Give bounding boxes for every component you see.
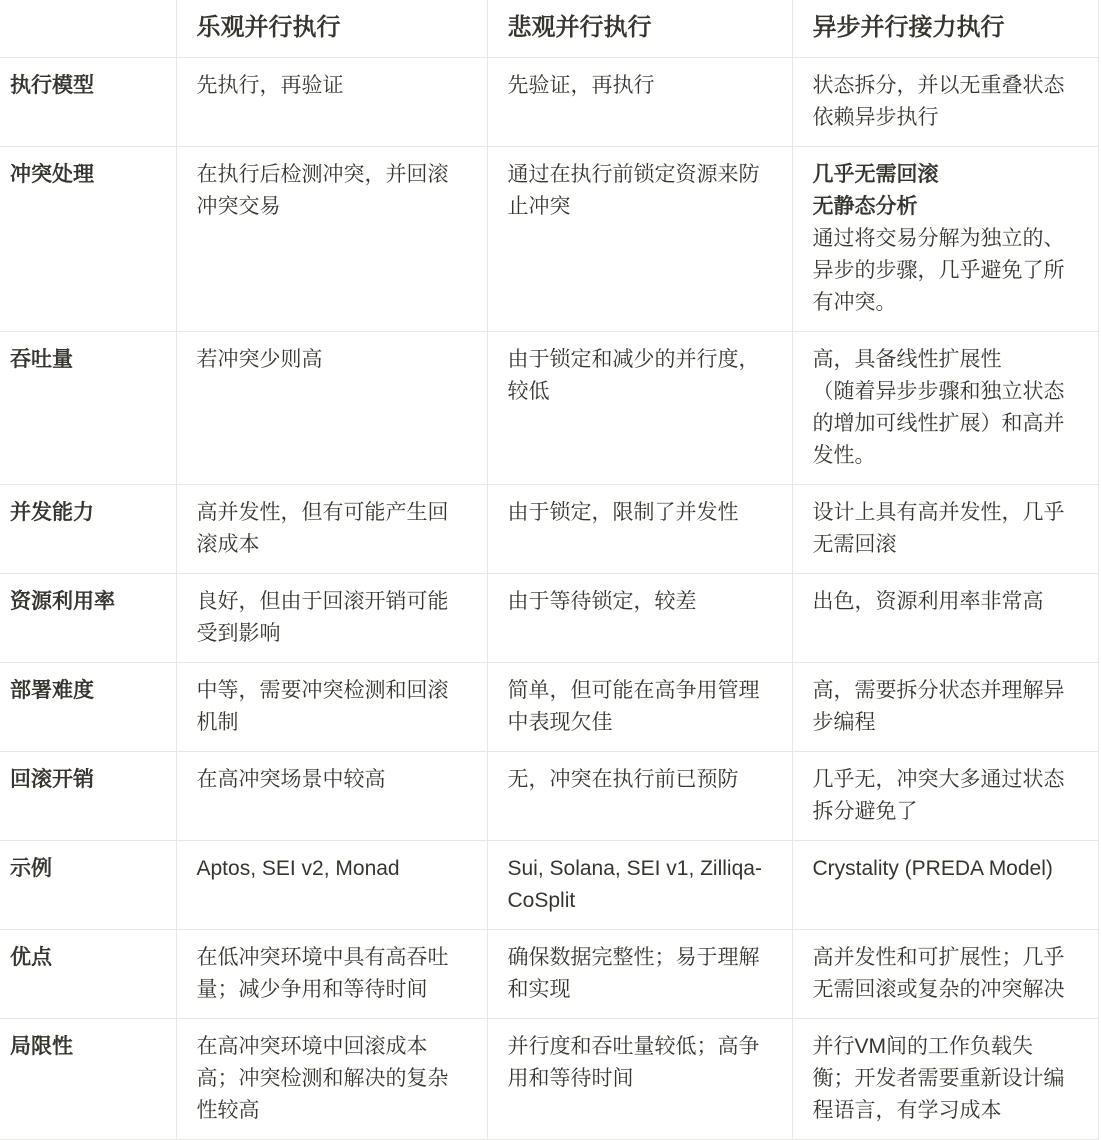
column-header: 异步并行接力执行 [792, 0, 1098, 58]
table-cell: 无，冲突在执行前已预防 [487, 752, 792, 841]
cell-paragraph: 状态拆分，并以无重叠状态依赖异步执行 [813, 70, 1074, 134]
cell-paragraph: 良好，但由于回滚开销可能受到影响 [197, 586, 463, 650]
table-cell: 出色，资源利用率非常高 [792, 574, 1098, 663]
cell-paragraph: （随着异步步骤和独立状态的增加可线性扩展）和高并发性。 [813, 376, 1074, 472]
table-cell: 确保数据完整性；易于理解和实现 [487, 930, 792, 1019]
row-label: 并发能力 [0, 485, 176, 574]
cell-paragraph: 通过将交易分解为独立的、异步的步骤，几乎避免了所有冲突。 [813, 223, 1074, 319]
table-row: 优点在低冲突环境中具有高吞吐量；减少争用和等待时间确保数据完整性；易于理解和实现… [0, 930, 1098, 1019]
cell-paragraph: 并行VM间的工作负载失衡；开发者需要重新设计编程语言，有学习成本 [813, 1031, 1074, 1127]
column-header: 悲观并行执行 [487, 0, 792, 58]
table-cell: 由于锁定和减少的并行度，较低 [487, 332, 792, 485]
table-cell: 在低冲突环境中具有高吞吐量；减少争用和等待时间 [176, 930, 487, 1019]
table-cell: Aptos, SEI v2, Monad [176, 841, 487, 930]
cell-paragraph: 几乎无，冲突大多通过状态拆分避免了 [813, 764, 1074, 828]
table-cell: 在高冲突环境中回滚成本高；冲突检测和解决的复杂性较高 [176, 1019, 487, 1140]
row-label: 资源利用率 [0, 574, 176, 663]
cell-paragraph: 中等，需要冲突检测和回滚机制 [197, 675, 463, 739]
cell-paragraph: 通过在执行前锁定资源来防止冲突 [508, 159, 768, 223]
table-body: 执行模型先执行，再验证先验证，再执行状态拆分，并以无重叠状态依赖异步执行冲突处理… [0, 58, 1098, 1140]
header-row: 乐观并行执行悲观并行执行异步并行接力执行 [0, 0, 1098, 58]
table-cell: 高，需要拆分状态并理解异步编程 [792, 663, 1098, 752]
table-cell: 中等，需要冲突检测和回滚机制 [176, 663, 487, 752]
table-header: 乐观并行执行悲观并行执行异步并行接力执行 [0, 0, 1098, 58]
cell-paragraph-bold: 几乎无需回滚 [813, 159, 1074, 191]
table-cell: 状态拆分，并以无重叠状态依赖异步执行 [792, 58, 1098, 147]
cell-paragraph: 高，需要拆分状态并理解异步编程 [813, 675, 1074, 739]
table-row: 回滚开销在高冲突场景中较高无，冲突在执行前已预防几乎无，冲突大多通过状态拆分避免… [0, 752, 1098, 841]
table-cell: 几乎无需回滚无静态分析通过将交易分解为独立的、异步的步骤，几乎避免了所有冲突。 [792, 147, 1098, 332]
cell-paragraph: 由于锁定，限制了并发性 [508, 497, 768, 529]
cell-paragraph: 在高冲突场景中较高 [197, 764, 463, 796]
parallel-execution-comparison-table: 乐观并行执行悲观并行执行异步并行接力执行 执行模型先执行，再验证先验证，再执行状… [0, 0, 1099, 1140]
row-label: 吞吐量 [0, 332, 176, 485]
table-cell: 简单，但可能在高争用管理中表现欠佳 [487, 663, 792, 752]
table-cell: 通过在执行前锁定资源来防止冲突 [487, 147, 792, 332]
table-cell: 在执行后检测冲突，并回滚冲突交易 [176, 147, 487, 332]
table-cell: 并行VM间的工作负载失衡；开发者需要重新设计编程语言，有学习成本 [792, 1019, 1098, 1140]
table-cell: 由于等待锁定，较差 [487, 574, 792, 663]
cell-paragraph: 出色，资源利用率非常高 [813, 586, 1074, 618]
table-cell: 高，具备线性扩展性（随着异步步骤和独立状态的增加可线性扩展）和高并发性。 [792, 332, 1098, 485]
document-page: 乐观并行执行悲观并行执行异步并行接力执行 执行模型先执行，再验证先验证，再执行状… [0, 0, 1102, 1140]
table-cell: 先验证，再执行 [487, 58, 792, 147]
cell-paragraph: 高并发性和可扩展性；几乎无需回滚或复杂的冲突解决 [813, 942, 1074, 1006]
table-row: 并发能力高并发性，但有可能产生回滚成本由于锁定，限制了并发性设计上具有高并发性，… [0, 485, 1098, 574]
table-cell: Sui, Solana, SEI v1, Zilliqa-CoSplit [487, 841, 792, 930]
table-cell: 若冲突少则高 [176, 332, 487, 485]
cell-paragraph: 设计上具有高并发性，几乎无需回滚 [813, 497, 1074, 561]
table-row: 局限性在高冲突环境中回滚成本高；冲突检测和解决的复杂性较高并行度和吞吐量较低；高… [0, 1019, 1098, 1140]
table-cell: 良好，但由于回滚开销可能受到影响 [176, 574, 487, 663]
table-cell: 高并发性，但有可能产生回滚成本 [176, 485, 487, 574]
table-cell: 高并发性和可扩展性；几乎无需回滚或复杂的冲突解决 [792, 930, 1098, 1019]
cell-paragraph: Aptos, SEI v2, Monad [197, 853, 463, 885]
corner-cell [0, 0, 176, 58]
cell-paragraph: 并行度和吞吐量较低；高争用和等待时间 [508, 1031, 768, 1095]
cell-paragraph: 在低冲突环境中具有高吞吐量；减少争用和等待时间 [197, 942, 463, 1006]
cell-paragraph: 在高冲突环境中回滚成本高；冲突检测和解决的复杂性较高 [197, 1031, 463, 1127]
table-cell: 在高冲突场景中较高 [176, 752, 487, 841]
row-label: 示例 [0, 841, 176, 930]
table-row: 部署难度中等，需要冲突检测和回滚机制简单，但可能在高争用管理中表现欠佳高，需要拆… [0, 663, 1098, 752]
row-label: 局限性 [0, 1019, 176, 1140]
cell-paragraph: Crystality (PREDA Model) [813, 853, 1074, 885]
row-label: 冲突处理 [0, 147, 176, 332]
table-cell: 设计上具有高并发性，几乎无需回滚 [792, 485, 1098, 574]
cell-paragraph: Sui, Solana, SEI v1, Zilliqa-CoSplit [508, 853, 768, 917]
cell-paragraph: 确保数据完整性；易于理解和实现 [508, 942, 768, 1006]
table-cell: Crystality (PREDA Model) [792, 841, 1098, 930]
row-label: 回滚开销 [0, 752, 176, 841]
cell-paragraph: 由于锁定和减少的并行度，较低 [508, 344, 768, 408]
table-row: 资源利用率良好，但由于回滚开销可能受到影响由于等待锁定，较差出色，资源利用率非常… [0, 574, 1098, 663]
table-cell: 由于锁定，限制了并发性 [487, 485, 792, 574]
table-row: 示例Aptos, SEI v2, MonadSui, Solana, SEI v… [0, 841, 1098, 930]
cell-paragraph: 在执行后检测冲突，并回滚冲突交易 [197, 159, 463, 223]
cell-paragraph: 先验证，再执行 [508, 70, 768, 102]
cell-paragraph: 高并发性，但有可能产生回滚成本 [197, 497, 463, 561]
table-row: 吞吐量若冲突少则高由于锁定和减少的并行度，较低高，具备线性扩展性（随着异步步骤和… [0, 332, 1098, 485]
cell-paragraph: 高，具备线性扩展性 [813, 344, 1074, 376]
cell-paragraph: 先执行，再验证 [197, 70, 463, 102]
cell-paragraph-bold: 无静态分析 [813, 191, 1074, 223]
cell-paragraph: 若冲突少则高 [197, 344, 463, 376]
table-cell: 先执行，再验证 [176, 58, 487, 147]
table-cell: 几乎无，冲突大多通过状态拆分避免了 [792, 752, 1098, 841]
column-header: 乐观并行执行 [176, 0, 487, 58]
row-label: 优点 [0, 930, 176, 1019]
row-label: 执行模型 [0, 58, 176, 147]
table-row: 执行模型先执行，再验证先验证，再执行状态拆分，并以无重叠状态依赖异步执行 [0, 58, 1098, 147]
table-cell: 并行度和吞吐量较低；高争用和等待时间 [487, 1019, 792, 1140]
cell-paragraph: 无，冲突在执行前已预防 [508, 764, 768, 796]
table-row: 冲突处理在执行后检测冲突，并回滚冲突交易通过在执行前锁定资源来防止冲突几乎无需回… [0, 147, 1098, 332]
cell-paragraph: 简单，但可能在高争用管理中表现欠佳 [508, 675, 768, 739]
cell-paragraph: 由于等待锁定，较差 [508, 586, 768, 618]
row-label: 部署难度 [0, 663, 176, 752]
